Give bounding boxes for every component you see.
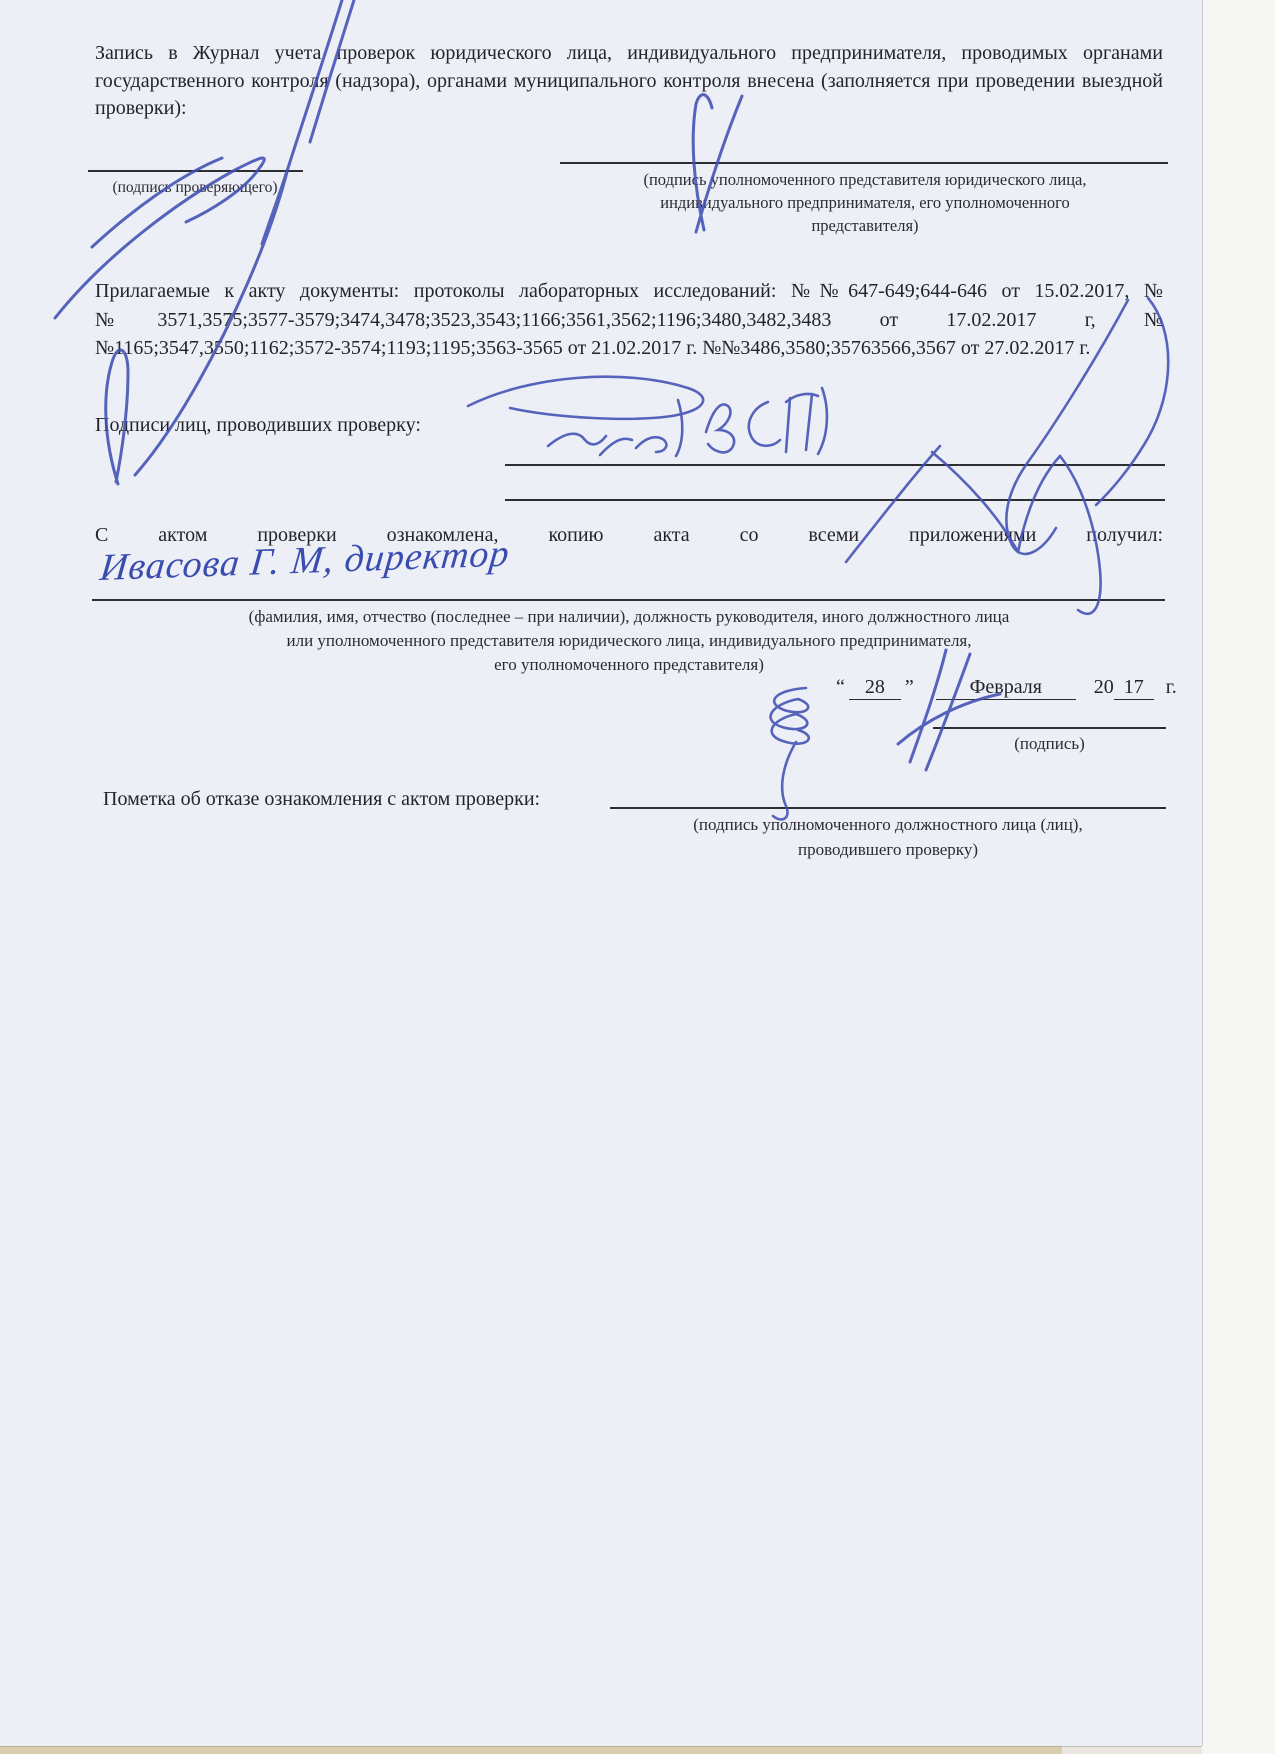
name-caption-line2: или уполномоченного представителя юридич… bbox=[95, 629, 1163, 652]
scanned-page bbox=[0, 0, 1203, 1746]
representative-signature-caption-line1: (подпись уполномоченного представителя ю… bbox=[545, 168, 1185, 191]
inspectors-signature-line-2 bbox=[505, 499, 1165, 501]
inspector-signature-line bbox=[88, 170, 303, 172]
representative-signature-caption-line2: индивидуального предпринимателя, его упо… bbox=[545, 191, 1185, 214]
name-caption-line3: его уполномоченного представителя) bbox=[95, 653, 1163, 676]
name-caption-line1: (фамилия, имя, отчество (последнее – при… bbox=[95, 605, 1163, 628]
inspectors-signatures-label: Подписи лиц, проводивших проверку: bbox=[95, 412, 421, 440]
date-year: 17 bbox=[1114, 676, 1154, 700]
date-century: 20 bbox=[1094, 676, 1114, 699]
name-line bbox=[92, 599, 1165, 601]
date-row: “ 28 ” Февраля 20 17 г. bbox=[836, 676, 1177, 700]
scan-edge-bottom bbox=[0, 1746, 1062, 1754]
date-month: Февраля bbox=[936, 676, 1076, 700]
scan-edge-bottom-right bbox=[1062, 1746, 1202, 1754]
inspector-signature-caption: (подпись проверяющего) bbox=[60, 176, 330, 199]
date-day: 28 bbox=[849, 676, 901, 700]
attachments-paragraph: Прилагаемые к акту документы: протоколы … bbox=[95, 277, 1163, 363]
refusal-caption-line2: проводившего проверку) bbox=[610, 838, 1166, 861]
date-year-unit: г. bbox=[1166, 676, 1177, 699]
representative-signature-line bbox=[560, 162, 1168, 164]
inspectors-signature-line-1 bbox=[505, 464, 1165, 466]
representative-signature-caption-line3: представителя) bbox=[545, 214, 1185, 237]
date-open-quote: “ bbox=[836, 676, 845, 699]
sign-line bbox=[933, 727, 1166, 729]
refusal-line bbox=[610, 807, 1166, 809]
sign-caption: (подпись) bbox=[933, 732, 1166, 755]
date-close-quote: ” bbox=[905, 676, 914, 699]
refusal-note-label: Пометка об отказе ознакомления с актом п… bbox=[103, 786, 540, 814]
journal-record-paragraph: Запись в Журнал учета проверок юридическ… bbox=[95, 40, 1163, 123]
refusal-caption-line1: (подпись уполномоченного должностного ли… bbox=[610, 813, 1166, 836]
